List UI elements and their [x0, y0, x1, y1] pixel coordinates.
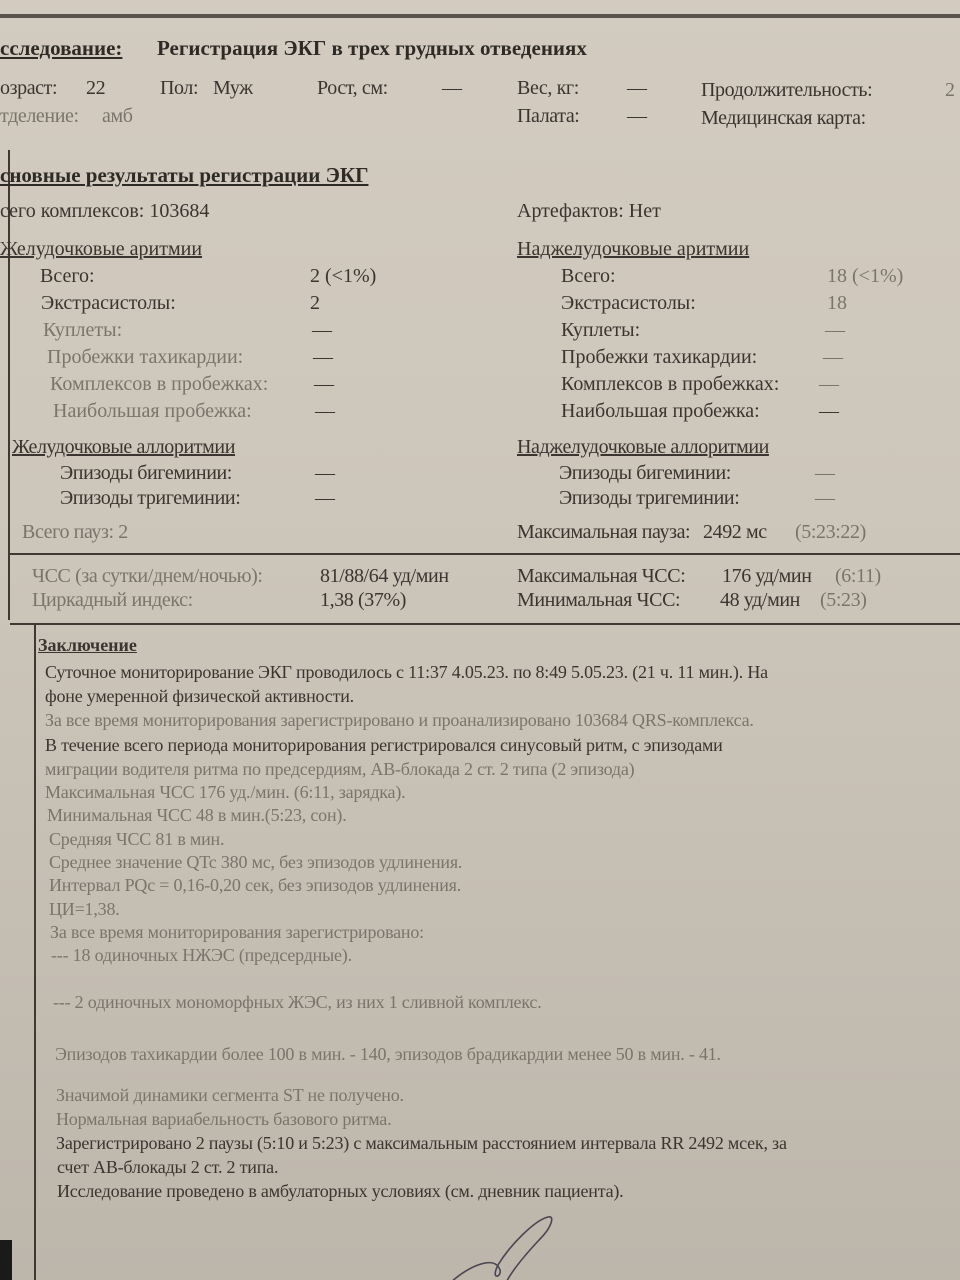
conclusion-line: --- 18 одиночных НЖЭС (предсердные). [51, 944, 352, 966]
conclusion-line: --- 2 одиночных мономорфных ЖЭС, из них … [53, 991, 542, 1013]
conclusion-line: Суточное мониторирование ЭКГ проводилось… [45, 661, 768, 683]
age-value: 22 [86, 76, 105, 100]
list-item-label: Наибольшая пробежка: [561, 399, 760, 423]
list-item-value: — [313, 345, 333, 369]
conclusion-line: Максимальная ЧСС 176 уд./мин. (6:11, зар… [45, 781, 405, 803]
list-item-label: Куплеты: [43, 318, 122, 342]
max-hr-time: (6:11) [835, 564, 881, 588]
department-label: тделение: [0, 104, 79, 128]
section-divider [10, 623, 960, 625]
height-value: — [442, 76, 462, 100]
conclusion-line: Зарегистрировано 2 паузы (5:10 и 5:23) с… [56, 1132, 787, 1154]
list-item-label: Эпизоды тригеминии: [60, 486, 240, 510]
supraventricular-arrhythmia-title: Наджелудочковые аритмии [517, 237, 749, 261]
background-edge [0, 1240, 12, 1280]
list-item-label: Всего: [40, 264, 95, 288]
min-hr-value: 48 уд/мин [720, 588, 800, 612]
sex-label: Пол: [160, 76, 198, 100]
list-item-value: — [823, 345, 843, 369]
ward-value: — [627, 104, 647, 128]
conclusion-line: Интервал PQc = 0,16-0,20 сек, без эпизод… [49, 874, 461, 896]
age-label: озраст: [0, 76, 57, 100]
list-item-label: Наибольшая пробежка: [53, 399, 252, 423]
max-hr-label: Максимальная ЧСС: [517, 564, 685, 588]
list-item-value: — [819, 372, 839, 396]
ventricular-allorhythmia-title: Желудочковые аллоритмии [12, 435, 235, 459]
duration-value: 2 [945, 78, 955, 102]
weight-label: Вес, кг: [517, 76, 579, 100]
study-label: сследование: [0, 36, 122, 60]
top-divider [0, 14, 960, 18]
list-item-label: Пробежки тахикардии: [47, 345, 243, 369]
medcard-label: Медицинская карта: [701, 106, 866, 130]
weight-value: — [627, 76, 647, 100]
ward-label: Палата: [517, 104, 579, 128]
list-item-value: 2 (<1%) [310, 264, 376, 288]
circadian-value: 1,38 (37%) [320, 588, 406, 612]
total-pauses: Всего пауз: 2 [22, 520, 128, 544]
supraventricular-allorhythmia-title: Наджелудочковые аллоритмии [517, 435, 769, 459]
max-pause-time: (5:23:22) [795, 520, 866, 544]
list-item-label: Экстрасистолы: [561, 291, 696, 315]
total-complexes: сего комплексов: 103684 [0, 199, 209, 223]
hr-value: 81/88/64 уд/мин [320, 564, 449, 588]
conclusion-line: Средняя ЧСС 81 в мин. [49, 828, 224, 850]
list-item-label: Куплеты: [561, 318, 640, 342]
conclusion-line: Минимальная ЧСС 48 в мин.(5:23, сон). [47, 804, 347, 826]
conclusion-line: Эпизодов тахикардии более 100 в мин. - 1… [55, 1043, 721, 1065]
conclusion-line: За все время мониторирования зарегистрир… [45, 709, 754, 731]
list-item-value: — [315, 461, 335, 485]
list-item-value: — [312, 318, 332, 342]
max-pause-value: 2492 мс [703, 520, 767, 544]
list-item-value: — [815, 461, 835, 485]
max-pause-label: Максимальная пауза: [517, 520, 690, 544]
list-item-label: Эпизоды бигеминии: [559, 461, 731, 485]
list-item-value: 18 [827, 291, 847, 315]
conclusion-line: За все время мониторирования зарегистрир… [50, 921, 424, 943]
min-hr-time: (5:23) [820, 588, 866, 612]
section-divider [10, 553, 960, 555]
conclusion-line: счет АВ-блокады 2 ст. 2 типа. [57, 1156, 278, 1178]
study-title: Регистрация ЭКГ в трех грудных отведения… [157, 36, 587, 60]
list-item-label: Комплексов в пробежках: [561, 372, 779, 396]
list-item-label: Экстрасистолы: [41, 291, 176, 315]
conclusion-line: Значимой динамики сегмента ST не получен… [56, 1084, 404, 1106]
results-title: сновные результаты регистрации ЭКГ [0, 163, 368, 187]
list-item-value: — [825, 318, 845, 342]
circadian-label: Циркадный индекс: [32, 588, 193, 612]
conclusion-line: миграции водителя ритма по предсердиям, … [45, 758, 634, 780]
list-item-label: Эпизоды бигеминии: [60, 461, 232, 485]
list-item-value: 18 (<1%) [827, 264, 903, 288]
conclusion-frame-border [34, 625, 36, 1280]
max-hr-value: 176 уд/мин [722, 564, 812, 588]
list-item-value: — [315, 399, 335, 423]
list-item-value: — [815, 486, 835, 510]
list-item-value: — [315, 486, 335, 510]
list-item-label: Эпизоды тригеминии: [559, 486, 739, 510]
ventricular-arrhythmia-title: Желудочковые аритмии [0, 237, 202, 261]
conclusion-line: В течение всего периода мониторирования … [45, 734, 723, 756]
list-item-value: — [314, 372, 334, 396]
duration-label: Продолжительность: [701, 78, 872, 102]
signature-mark [440, 1215, 580, 1280]
conclusion-line: ЦИ=1,38. [49, 898, 120, 920]
artifacts: Артефактов: Нет [517, 199, 661, 223]
list-item-value: — [819, 399, 839, 423]
list-item-label: Пробежки тахикардии: [561, 345, 757, 369]
conclusion-line: фоне умеренной физической активности. [45, 685, 354, 707]
conclusion-title: Заключение [38, 633, 137, 657]
report-page: сследование: Регистрация ЭКГ в трех груд… [0, 0, 960, 1280]
min-hr-label: Минимальная ЧСС: [517, 588, 680, 612]
conclusion-line: Исследование проведено в амбулаторных ус… [57, 1180, 623, 1202]
conclusion-line: Нормальная вариабельность базового ритма… [56, 1108, 391, 1130]
list-item-label: Всего: [561, 264, 616, 288]
height-label: Рост, см: [317, 76, 388, 100]
department-value: амб [102, 104, 133, 128]
conclusion-line: Среднее значение QTc 380 мс, без эпизодо… [49, 851, 462, 873]
list-item-value: 2 [310, 291, 320, 315]
sex-value: Муж [213, 76, 253, 100]
list-item-label: Комплексов в пробежках: [50, 372, 268, 396]
hr-label: ЧСС (за сутки/днем/ночью): [32, 564, 263, 588]
